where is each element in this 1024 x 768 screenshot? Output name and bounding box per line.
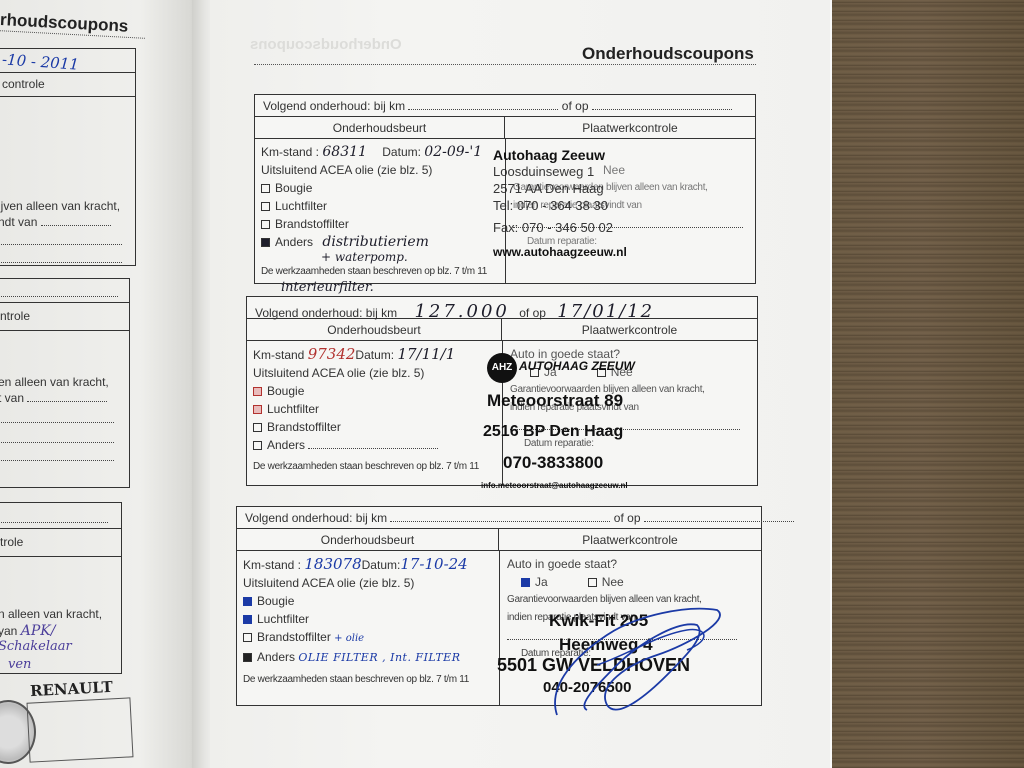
anders-value: OLIE FILTER , Int. FILTER xyxy=(298,651,460,664)
handwritten-note: Schakelaar xyxy=(0,639,72,654)
anders-value: distributieriem xyxy=(322,234,429,250)
km-stand-value: 97342 xyxy=(308,345,356,363)
checkbox-luchtfilter-checked[interactable] xyxy=(243,615,252,624)
handwritten-note: ven xyxy=(8,657,31,672)
left-coupon-3: trole n alleen van kracht, yan APK/ Scha… xyxy=(0,502,122,674)
date-value: 17/11/1 xyxy=(397,345,455,363)
warranty-text: ijven alleen van kracht, xyxy=(0,199,120,213)
coupon-2: Volgend onderhoud: bij km 127.000 of op … xyxy=(246,296,758,486)
date-value: 17-10-24 xyxy=(400,555,467,573)
stamp-tel: Tel: 070 - 364 38 30 xyxy=(493,198,608,213)
bodywork-header: Plaatwerkcontrole xyxy=(502,319,757,341)
handwritten-extra: interieurfilter. xyxy=(281,281,501,295)
handwritten-extra: + waterpomp. xyxy=(321,251,501,263)
checkbox-nee[interactable] xyxy=(588,578,597,587)
wooden-table xyxy=(820,0,1024,768)
next-service-row: Volgend onderhoud: bij km 127.000 of op … xyxy=(247,297,757,319)
checkbox-brandstoffilter[interactable] xyxy=(261,220,270,229)
checkbox-bougie[interactable] xyxy=(261,184,270,193)
checkbox-bougie-checked[interactable] xyxy=(253,387,262,396)
checkbox-anders-checked[interactable] xyxy=(261,238,270,247)
warranty-text: ndt van xyxy=(0,215,37,229)
signature xyxy=(537,595,737,725)
service-details: Km-stand : 183078Datum:17-10-24 Uitsluit… xyxy=(243,555,495,689)
left-coupon-1: -10 - 2011 controle ijven alleen van kra… xyxy=(0,48,136,266)
stamp-email: info.meteoorstraat@autohaagzeeuw.nl xyxy=(481,481,628,490)
stamp-street: Loosduinseweg 1 xyxy=(493,164,594,179)
checkbox-anders[interactable] xyxy=(253,441,262,450)
checkbox-luchtfilter-checked[interactable] xyxy=(253,405,262,414)
stamp-city: 2516 BP Den Haag xyxy=(483,423,623,441)
bodywork-header: Plaatwerkcontrole xyxy=(499,529,761,551)
left-coupon-2: ntrole en alleen van kracht, t van xyxy=(0,278,130,488)
title-divider xyxy=(254,64,756,65)
handwritten-note: APK/ xyxy=(21,623,56,639)
service-header: Onderhoudsbeurt xyxy=(237,529,499,551)
stamp-fax: Fax: 070 - 346 50 02 xyxy=(493,220,613,235)
coupon-header: trole xyxy=(0,529,121,557)
coupon-3: Volgend onderhoud: bij km of op Onderhou… xyxy=(236,506,762,706)
coupon-1: Volgend onderhoud: bij km of op Onderhou… xyxy=(254,94,756,284)
next-service-row: Volgend onderhoud: bij km of op xyxy=(255,95,755,117)
renault-stamp-box xyxy=(27,697,134,762)
coupon-header: ntrole xyxy=(0,303,129,331)
brandstof-note: + olie xyxy=(334,633,364,644)
stamp-name: Autohaag Zeeuw xyxy=(493,147,605,163)
renault-brand: RENAULT xyxy=(30,678,114,700)
date-value: 02-09-'1 xyxy=(424,144,482,160)
ahz-logo: AHZ xyxy=(487,353,517,383)
km-stand-value: 68311 xyxy=(322,144,367,160)
checkbox-brandstoffilter[interactable] xyxy=(253,423,262,432)
checkbox-bougie-checked[interactable] xyxy=(243,597,252,606)
service-header: Onderhoudsbeurt xyxy=(247,319,502,341)
show-through-title: Onderhoudscoupons xyxy=(250,36,402,53)
stamp-website: www.autohaagzeeuw.nl xyxy=(493,245,627,259)
stamp-street: Meteoorstraat 89 xyxy=(487,391,623,411)
bodywork-header: Plaatwerkcontrole xyxy=(505,117,755,139)
km-stand-value: 183078 xyxy=(304,555,361,573)
service-details: Km-stand 97342Datum: 17/11/1 Uitsluitend… xyxy=(253,345,498,476)
checkbox-luchtfilter[interactable] xyxy=(261,202,270,211)
next-service-row: Volgend onderhoud: bij km of op xyxy=(237,507,761,529)
checkbox-brandstoffilter[interactable] xyxy=(243,633,252,642)
stamp-tel: 070-3833800 xyxy=(503,453,603,473)
checkbox-anders-checked[interactable] xyxy=(243,653,252,662)
handwritten-date: -10 - 2011 xyxy=(1,50,79,73)
warranty-text: t van xyxy=(0,391,24,405)
service-details: Km-stand : 68311 Datum: 02-09-'1 Uitslui… xyxy=(261,143,501,295)
checkbox-ja-checked[interactable] xyxy=(521,578,530,587)
page-title: Onderhoudscoupons xyxy=(582,44,754,64)
left-page: rhoudscoupons -10 - 2011 controle ijven … xyxy=(0,0,200,768)
stamp-name: AUTOHAAG ZEEUW xyxy=(519,359,635,373)
warranty-text: n alleen van kracht, xyxy=(0,607,102,621)
coupon-header: controle xyxy=(0,73,135,97)
service-header: Onderhoudsbeurt xyxy=(255,117,505,139)
stamp-city: 2571 AA Den Haag xyxy=(493,181,604,196)
warranty-text: en alleen van kracht, xyxy=(0,375,109,389)
warranty-text: yan xyxy=(0,624,17,638)
